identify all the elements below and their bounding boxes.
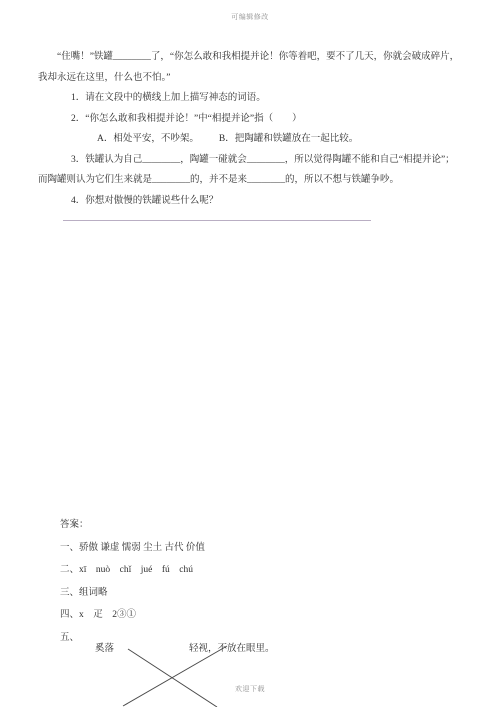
worksheet-body: “住嘴！”铁罐________了，“你怎么敢和我相提并论！你等着吧，要不了几天，… bbox=[38, 47, 464, 221]
answer-key-section: 答案： 一、骄傲 谦虚 懦弱 尘土 古代 价值 二、xī nuò chǐ jué… bbox=[60, 514, 205, 649]
question-2-options: A．相处平安，不吵架。B．把陶罐和铁罐放在一起比较。 bbox=[38, 129, 464, 150]
question-1: 1．请在文段中的横线上加上描写神态的词语。 bbox=[38, 88, 464, 109]
answer-item-2: 二、xī nuò chǐ jué fú chú bbox=[60, 559, 205, 582]
worksheet-page: 可编辑修改 “住嘴！”铁罐________了，“你怎么敢和我相提并论！你等着吧，… bbox=[0, 0, 500, 707]
reading-passage: “住嘴！”铁罐________了，“你怎么敢和我相提并论！你等着吧，要不了几天，… bbox=[38, 47, 464, 88]
option-a: A．相处平安，不吵架。 bbox=[97, 134, 199, 144]
footer-watermark: 欢迎下载 bbox=[0, 684, 500, 694]
header-watermark: 可编辑修改 bbox=[0, 12, 500, 22]
answer-item-4: 四、x 疋 2③① bbox=[60, 604, 205, 627]
answer-item-3: 三、组词略 bbox=[60, 582, 205, 605]
question-3: 3．铁罐认为自己________，陶罐一碰就会________，所以觉得陶罐不能… bbox=[38, 150, 464, 191]
question-2: 2．“你怎么敢和我相提并论！”中“相提并论”指（ ） bbox=[38, 109, 464, 130]
matching-lines bbox=[110, 641, 240, 707]
match-line-up bbox=[123, 646, 227, 706]
answer-key-title: 答案： bbox=[60, 514, 205, 537]
question-4: 4．你想对傲慢的铁罐说些什么呢？ bbox=[38, 191, 464, 212]
writing-line bbox=[63, 220, 371, 221]
option-b: B．把陶罐和铁罐放在一起比较。 bbox=[219, 134, 358, 144]
answer-item-1: 一、骄傲 谦虚 懦弱 尘土 古代 价值 bbox=[60, 537, 205, 560]
